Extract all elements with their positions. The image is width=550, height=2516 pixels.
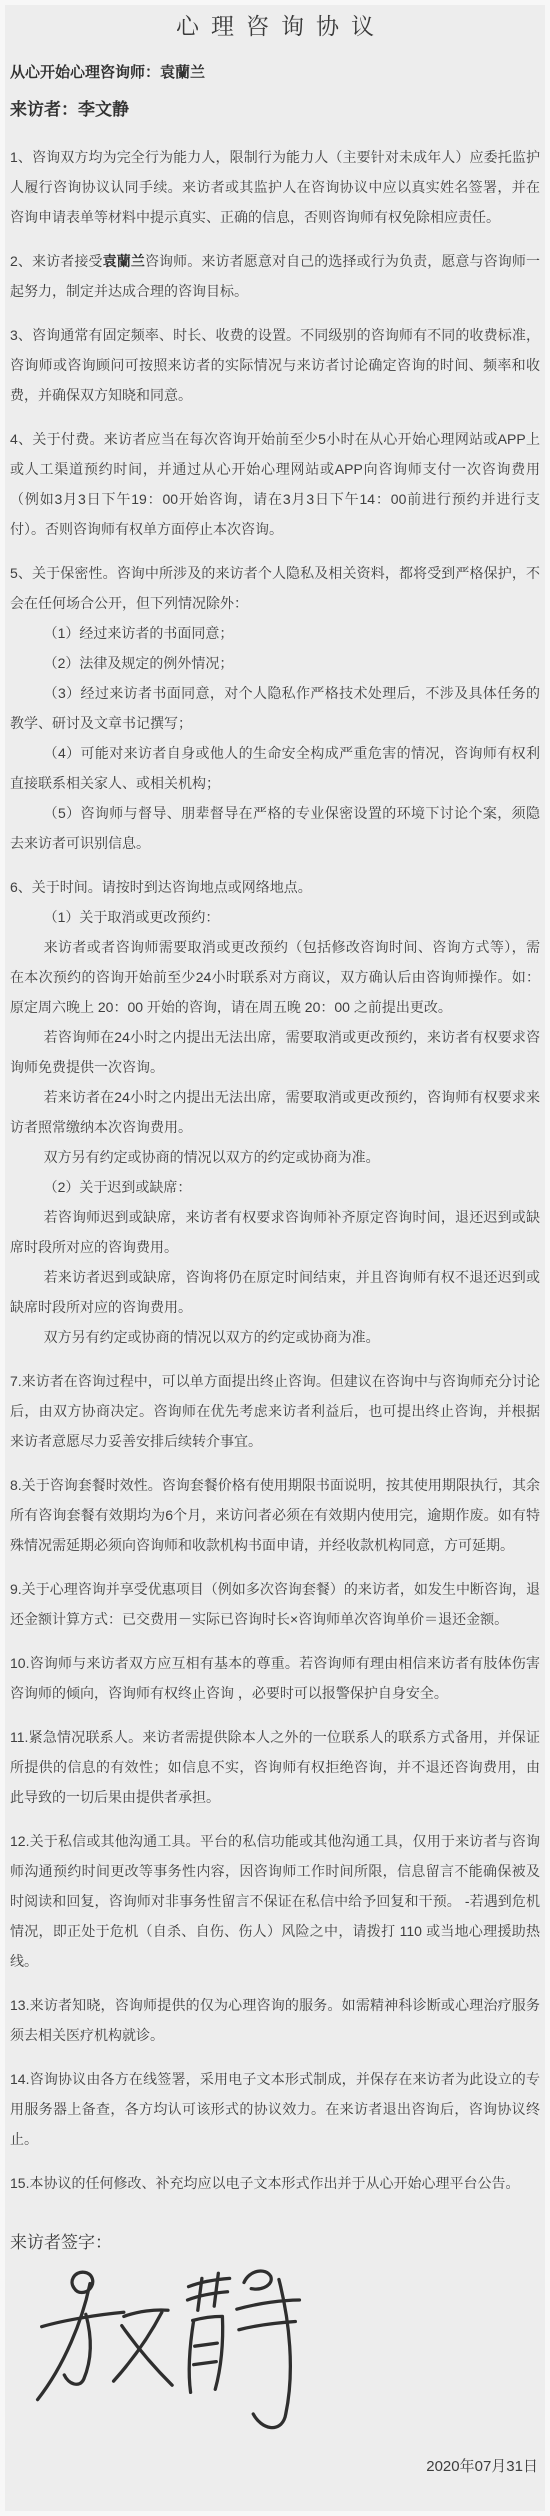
visitor-label: 来访者：	[10, 100, 78, 119]
signature-block: 来访者签字：	[10, 2228, 540, 2476]
signature-strokes-icon	[28, 2263, 308, 2453]
clause-paragraph: 4、关于付费。来访者应当在每次咨询开始前至少5小时在从心开始心理网站或APP上或…	[10, 424, 540, 544]
visitor-name: 李文静	[78, 100, 129, 119]
clause-paragraph: 双方另有约定或协商的情况以双方的约定或协商为准。	[10, 1142, 540, 1172]
clause-paragraph: （3）经过来访者书面同意，对个人隐私作严格技术处理后，不涉及具体任务的教学、研讨…	[10, 678, 540, 738]
clause: 15.本协议的任何修改、补充均应以电子文本形式作出并于从心开始心理平台公告。	[10, 2168, 540, 2198]
counselor-line: 从心开始心理咨询师：袁蘭兰	[10, 61, 540, 82]
clause: 12.关于私信或其他沟通工具。平台的私信功能或其他沟通工具，仅用于来访者与咨询师…	[10, 1826, 540, 1976]
clause-paragraph: 13.来访者知晓，咨询师提供的仅为心理咨询的服务。如需精神科诊断或心理治疗服务须…	[10, 1990, 540, 2050]
clause: 1、咨询双方均为完全行为能力人，限制行为能力人（主要针对未成年人）应委托监护人履…	[10, 142, 540, 232]
clause-paragraph: 1、咨询双方均为完全行为能力人，限制行为能力人（主要针对未成年人）应委托监护人履…	[10, 142, 540, 232]
clause-paragraph: 3、咨询通常有固定频率、时长、收费的设置。不同级别的咨询师有不同的收费标准，咨询…	[10, 320, 540, 410]
clause: 7.来访者在咨询过程中，可以单方面提出终止咨询。但建议在咨询中与咨询师充分讨论后…	[10, 1366, 540, 1456]
clause-paragraph: 10.咨询师与来访者双方应互相有基本的尊重。若咨询师有理由相信来访者有肢体伤害咨…	[10, 1648, 540, 1708]
clause-paragraph: 15.本协议的任何修改、补充均应以电子文本形式作出并于从心开始心理平台公告。	[10, 2168, 540, 2198]
clause-paragraph: 7.来访者在咨询过程中，可以单方面提出终止咨询。但建议在咨询中与咨询师充分讨论后…	[10, 1366, 540, 1456]
clause-paragraph: 双方另有约定或协商的情况以双方的约定或协商为准。	[10, 1322, 540, 1352]
clause-paragraph: 2、来访者接受袁蘭兰咨询师。来访者愿意对自己的选择或行为负责，愿意与咨询师一起努…	[10, 246, 540, 306]
clause: 4、关于付费。来访者应当在每次咨询开始前至少5小时在从心开始心理网站或APP上或…	[10, 424, 540, 544]
clause-paragraph: 12.关于私信或其他沟通工具。平台的私信功能或其他沟通工具，仅用于来访者与咨询师…	[10, 1826, 540, 1976]
visitor-line: 来访者：李文静	[10, 95, 540, 120]
clause: 14.咨询协议由各方在线签署，采用电子文本形式制成，并保存在来访者为此设立的专用…	[10, 2064, 540, 2154]
clause: 10.咨询师与来访者双方应互相有基本的尊重。若咨询师有理由相信来访者有肢体伤害咨…	[10, 1648, 540, 1708]
clause: 9.关于心理咨询并享受优惠项目（例如多次咨询套餐）的来访者，如发生中断咨询，退还…	[10, 1574, 540, 1634]
clause-paragraph: 若咨询师迟到或缺席，来访者有权要求咨询师补齐原定咨询时间，退还迟到或缺席时段所对…	[10, 1202, 540, 1262]
clause: 13.来访者知晓，咨询师提供的仅为心理咨询的服务。如需精神科诊断或心理治疗服务须…	[10, 1990, 540, 2050]
clause-paragraph: （1）经过来访者的书面同意；	[10, 618, 540, 648]
clause: 8.关于咨询套餐时效性。咨询套餐价格有使用期限书面说明，按其使用期限执行，其余所…	[10, 1470, 540, 1560]
agreement-document: 心理咨询协议 从心开始心理咨询师：袁蘭兰 来访者：李文静 1、咨询双方均为完全行…	[0, 0, 550, 2516]
clause-paragraph: （2）关于迟到或缺席：	[10, 1172, 540, 1202]
signature-label: 来访者签字：	[10, 2228, 540, 2253]
clause: 2、来访者接受袁蘭兰咨询师。来访者愿意对自己的选择或行为负责，愿意与咨询师一起努…	[10, 246, 540, 306]
clause-paragraph: 9.关于心理咨询并享受优惠项目（例如多次咨询套餐）的来访者，如发生中断咨询，退还…	[10, 1574, 540, 1634]
clause-paragraph: 6、关于时间。请按时到达咨询地点或网络地点。	[10, 872, 540, 902]
clause-paragraph: （5）咨询师与督导、朋辈督导在严格的专业保密设置的环境下讨论个案，须隐去来访者可…	[10, 798, 540, 858]
clause-paragraph: 5、关于保密性。咨询中所涉及的来访者个人隐私及相关资料，都将受到严格保护，不会在…	[10, 558, 540, 618]
clause: 6、关于时间。请按时到达咨询地点或网络地点。（1）关于取消或更改预约：来访者或者…	[10, 872, 540, 1352]
visitor-signature	[28, 2263, 308, 2453]
clause-paragraph: 14.咨询协议由各方在线签署，采用电子文本形式制成，并保存在来访者为此设立的专用…	[10, 2064, 540, 2154]
clause-paragraph: 若来访者在24小时之内提出无法出席，需要取消或更改预约，咨询师有权要求来访者照常…	[10, 1082, 540, 1142]
counselor-name: 袁蘭兰	[160, 64, 205, 81]
clause-paragraph: （4）可能对来访者自身或他人的生命安全构成严重危害的情况，咨询师有权利直接联系相…	[10, 738, 540, 798]
clause-paragraph: （2）法律及规定的例外情况；	[10, 648, 540, 678]
clause-paragraph: 若咨询师在24小时之内提出无法出席，需要取消或更改预约，来访者有权要求咨询师免费…	[10, 1022, 540, 1082]
clause: 3、咨询通常有固定频率、时长、收费的设置。不同级别的咨询师有不同的收费标准，咨询…	[10, 320, 540, 410]
signature-date: 2020年07月31日	[10, 2455, 540, 2476]
clause-paragraph: 11.紧急情况联系人。来访者需提供除本人之外的一位联系人的联系方式备用，并保证所…	[10, 1722, 540, 1812]
page-title: 心理咨询协议	[10, 8, 540, 41]
clauses: 1、咨询双方均为完全行为能力人，限制行为能力人（主要针对未成年人）应委托监护人履…	[10, 142, 540, 2198]
clause-paragraph: 8.关于咨询套餐时效性。咨询套餐价格有使用期限书面说明，按其使用期限执行，其余所…	[10, 1470, 540, 1560]
clause: 5、关于保密性。咨询中所涉及的来访者个人隐私及相关资料，都将受到严格保护，不会在…	[10, 558, 540, 858]
clause-paragraph: （1）关于取消或更改预约：	[10, 902, 540, 932]
clause-paragraph: 若来访者迟到或缺席，咨询将仍在原定时间结束，并且咨询师有权不退还迟到或缺席时段所…	[10, 1262, 540, 1322]
clause: 11.紧急情况联系人。来访者需提供除本人之外的一位联系人的联系方式备用，并保证所…	[10, 1722, 540, 1812]
clause-paragraph: 来访者或者咨询师需要取消或更改预约（包括修改咨询时间、咨询方式等），需在本次预约…	[10, 932, 540, 1022]
counselor-label: 从心开始心理咨询师：	[10, 64, 160, 81]
